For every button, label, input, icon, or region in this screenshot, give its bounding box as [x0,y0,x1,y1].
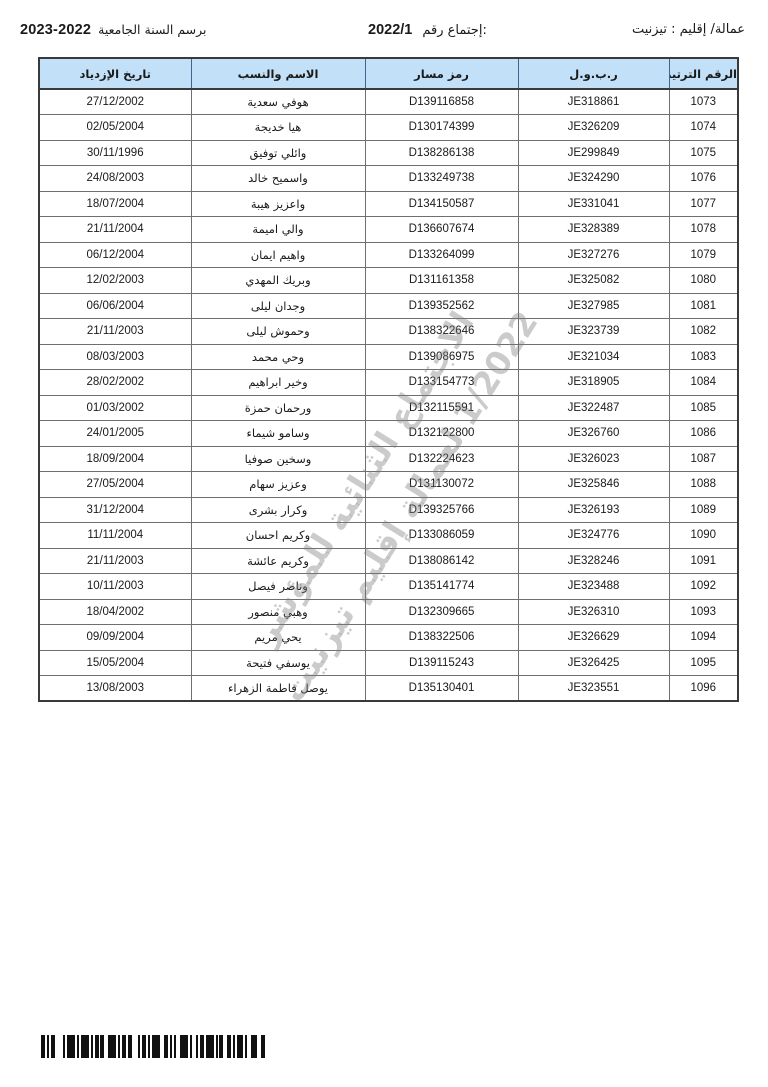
cell-dob: 21/11/2003 [39,319,191,345]
barcode-bar [108,1035,116,1058]
column-header-cne: ر.ب.و.ل [518,58,669,89]
cell-massar: D132309665 [365,599,518,625]
table-row: 1075JE299849D138286138وائلي توفيق30/11/1… [39,140,738,166]
cell-dob: 24/01/2005 [39,421,191,447]
cell-name: وعزيز سهام [191,472,365,498]
cell-dob: 11/11/2004 [39,523,191,549]
column-header-serial: الرقم الترتيبي [669,58,738,89]
cell-massar: D133086059 [365,523,518,549]
cell-dob: 15/05/2004 [39,650,191,676]
cell-serial: 1077 [669,191,738,217]
cell-dob: 12/02/2003 [39,268,191,294]
cell-name: وكريم عائشة [191,548,365,574]
table-row: 1090JE324776D133086059وكريم احسان11/11/2… [39,523,738,549]
table-row: 1085JE322487D132115591ورحمان حمزة01/03/2… [39,395,738,421]
barcode-bar [180,1035,188,1058]
cell-name: والي اميمة [191,217,365,243]
cell-cne: JE326425 [518,650,669,676]
cell-cne: JE321034 [518,344,669,370]
meeting-number-label: إجتماع رقم: [422,23,486,38]
cell-massar: D134150587 [365,191,518,217]
academic-year-value: 2023-2022 [20,22,91,38]
cell-dob: 09/09/2004 [39,625,191,651]
cell-massar: D138322646 [365,319,518,345]
cell-cne: JE322487 [518,395,669,421]
table-header-row: الرقم الترتيبير.ب.و.لرمز مسارالاسم والنس… [39,58,738,89]
cell-serial: 1080 [669,268,738,294]
cell-cne: JE325082 [518,268,669,294]
cell-name: وبريك المهدي [191,268,365,294]
cell-serial: 1087 [669,446,738,472]
cell-cne: JE318905 [518,370,669,396]
cell-cne: JE299849 [518,140,669,166]
barcode-bar [67,1035,75,1058]
table-body: 1073JE318861D139116858هوفي سعدية27/12/20… [39,89,738,701]
cell-massar: D136607674 [365,217,518,243]
academic-year-label: برسم السنة الجامعية [98,22,206,37]
column-header-name: الاسم والنسب [191,58,365,89]
cell-cne: JE323488 [518,574,669,600]
cell-dob: 28/02/2002 [39,370,191,396]
cell-massar: D139352562 [365,293,518,319]
cell-dob: 18/07/2004 [39,191,191,217]
cell-cne: JE325846 [518,472,669,498]
cell-serial: 1082 [669,319,738,345]
cell-dob: 08/03/2003 [39,344,191,370]
cell-massar: D132224623 [365,446,518,472]
cell-serial: 1085 [669,395,738,421]
table-row: 1077JE331041D134150587واعزيز هيبة18/07/2… [39,191,738,217]
cell-serial: 1081 [669,293,738,319]
cell-serial: 1078 [669,217,738,243]
barcode-bar [261,1035,265,1058]
cell-serial: 1094 [669,625,738,651]
column-header-massar: رمز مسار [365,58,518,89]
cell-serial: 1074 [669,115,738,141]
cell-massar: D132115591 [365,395,518,421]
table-row: 1081JE327985D139352562وجدان ليلى06/06/20… [39,293,738,319]
cell-name: وخير ابراهيم [191,370,365,396]
cell-serial: 1093 [669,599,738,625]
cell-dob: 10/11/2003 [39,574,191,600]
cell-massar: D138286138 [365,140,518,166]
table-row: 1087JE326023D132224623وسخين صوفيا18/09/2… [39,446,738,472]
cell-dob: 27/12/2002 [39,89,191,115]
cell-dob: 27/05/2004 [39,472,191,498]
cell-serial: 1083 [669,344,738,370]
cell-massar: D133154773 [365,370,518,396]
cell-dob: 13/08/2003 [39,676,191,702]
cell-serial: 1073 [669,89,738,115]
cell-cne: JE318861 [518,89,669,115]
cell-name: وسخين صوفيا [191,446,365,472]
table-row: 1073JE318861D139116858هوفي سعدية27/12/20… [39,89,738,115]
cell-serial: 1084 [669,370,738,396]
cell-name: ورحمان حمزة [191,395,365,421]
cell-name: يوصل فاطمة الزهراء [191,676,365,702]
cell-name: وهبي منصور [191,599,365,625]
cell-serial: 1090 [669,523,738,549]
cell-cne: JE327276 [518,242,669,268]
cell-serial: 1091 [669,548,738,574]
table-row: 1092JE323488D135141774وناصر فيصل10/11/20… [39,574,738,600]
cell-cne: JE331041 [518,191,669,217]
cell-name: يحي مريم [191,625,365,651]
cell-name: وجدان ليلى [191,293,365,319]
cell-cne: JE326760 [518,421,669,447]
cell-name: واعزيز هيبة [191,191,365,217]
cell-name: هيا خديجة [191,115,365,141]
cell-dob: 06/12/2004 [39,242,191,268]
table-row: 1078JE328389D136607674والي اميمة21/11/20… [39,217,738,243]
table-row: 1086JE326760D132122800وسامو شيماء24/01/2… [39,421,738,447]
cell-dob: 21/11/2004 [39,217,191,243]
cell-massar: D138086142 [365,548,518,574]
table-row: 1082JE323739D138322646وحموش ليلى21/11/20… [39,319,738,345]
barcode [41,1035,265,1058]
cell-massar: D133264099 [365,242,518,268]
column-header-dob: تاريخ الإزدياد [39,58,191,89]
cell-serial: 1075 [669,140,738,166]
cell-name: وسامو شيماء [191,421,365,447]
cell-massar: D139115243 [365,650,518,676]
cell-cne: JE324290 [518,166,669,192]
cell-massar: D131161358 [365,268,518,294]
cell-massar: D139116858 [365,89,518,115]
cell-name: وناصر فيصل [191,574,365,600]
cell-serial: 1095 [669,650,738,676]
barcode-bar [81,1035,89,1058]
cell-cne: JE328246 [518,548,669,574]
cell-massar: D139086975 [365,344,518,370]
cell-dob: 02/05/2004 [39,115,191,141]
cell-cne: JE326023 [518,446,669,472]
cell-serial: 1076 [669,166,738,192]
table-row: 1091JE328246D138086142وكريم عائشة21/11/2… [39,548,738,574]
table-row: 1093JE326310D132309665وهبي منصور18/04/20… [39,599,738,625]
table-row: 1095JE326425D139115243يوسفي فتيحة15/05/2… [39,650,738,676]
cell-massar: D139325766 [365,497,518,523]
cell-dob: 06/06/2004 [39,293,191,319]
students-table: الرقم الترتيبير.ب.و.لرمز مسارالاسم والنس… [38,57,739,702]
cell-dob: 31/12/2004 [39,497,191,523]
cell-massar: D131130072 [365,472,518,498]
cell-cne: JE328389 [518,217,669,243]
barcode-gap [55,1035,63,1058]
cell-cne: JE326193 [518,497,669,523]
cell-serial: 1092 [669,574,738,600]
cell-massar: D133249738 [365,166,518,192]
cell-serial: 1089 [669,497,738,523]
table-row: 1076JE324290D133249738واسميح خالد24/08/2… [39,166,738,192]
cell-cne: JE326629 [518,625,669,651]
cell-cne: JE323551 [518,676,669,702]
cell-cne: JE326310 [518,599,669,625]
table-row: 1080JE325082D131161358وبريك المهدي12/02/… [39,268,738,294]
table-row: 1083JE321034D139086975وحي محمد08/03/2003 [39,344,738,370]
cell-massar: D135141774 [365,574,518,600]
cell-name: واهيم ايمان [191,242,365,268]
table-row: 1089JE326193D139325766وكرار بشرى31/12/20… [39,497,738,523]
cell-dob: 24/08/2003 [39,166,191,192]
table-row: 1088JE325846D131130072وعزيز سهام27/05/20… [39,472,738,498]
cell-cne: JE326209 [518,115,669,141]
cell-name: وكرار بشرى [191,497,365,523]
table-row: 1079JE327276D133264099واهيم ايمان06/12/2… [39,242,738,268]
cell-serial: 1096 [669,676,738,702]
cell-name: هوفي سعدية [191,89,365,115]
document-page: 2023-2022 برسم السنة الجامعية 2022/1 إجت… [0,0,768,1087]
academic-year-block: 2023-2022 برسم السنة الجامعية [20,22,207,38]
cell-dob: 18/09/2004 [39,446,191,472]
cell-dob: 01/03/2002 [39,395,191,421]
cell-dob: 30/11/1996 [39,140,191,166]
table-row: 1094JE326629D138322506يحي مريم09/09/2004 [39,625,738,651]
cell-serial: 1079 [669,242,738,268]
province-label: عمالة/ إقليم : تيزنيت [632,22,745,37]
cell-massar: D132122800 [365,421,518,447]
cell-dob: 18/04/2002 [39,599,191,625]
cell-serial: 1088 [669,472,738,498]
cell-name: وكريم احسان [191,523,365,549]
cell-massar: D135130401 [365,676,518,702]
cell-name: واسميح خالد [191,166,365,192]
meeting-number-block: 2022/1 إجتماع رقم: [368,22,487,38]
table-row: 1074JE326209D130174399هيا خديجة02/05/200… [39,115,738,141]
cell-massar: D130174399 [365,115,518,141]
cell-name: وائلي توفيق [191,140,365,166]
cell-name: يوسفي فتيحة [191,650,365,676]
barcode-bar [152,1035,160,1058]
cell-cne: JE324776 [518,523,669,549]
cell-cne: JE323739 [518,319,669,345]
barcode-bar [206,1035,214,1058]
cell-massar: D138322506 [365,625,518,651]
table-row: 1096JE323551D135130401يوصل فاطمة الزهراء… [39,676,738,702]
cell-dob: 21/11/2003 [39,548,191,574]
cell-serial: 1086 [669,421,738,447]
cell-name: وحي محمد [191,344,365,370]
cell-cne: JE327985 [518,293,669,319]
cell-name: وحموش ليلى [191,319,365,345]
table-row: 1084JE318905D133154773وخير ابراهيم28/02/… [39,370,738,396]
meeting-number-value: 2022/1 [368,22,412,38]
